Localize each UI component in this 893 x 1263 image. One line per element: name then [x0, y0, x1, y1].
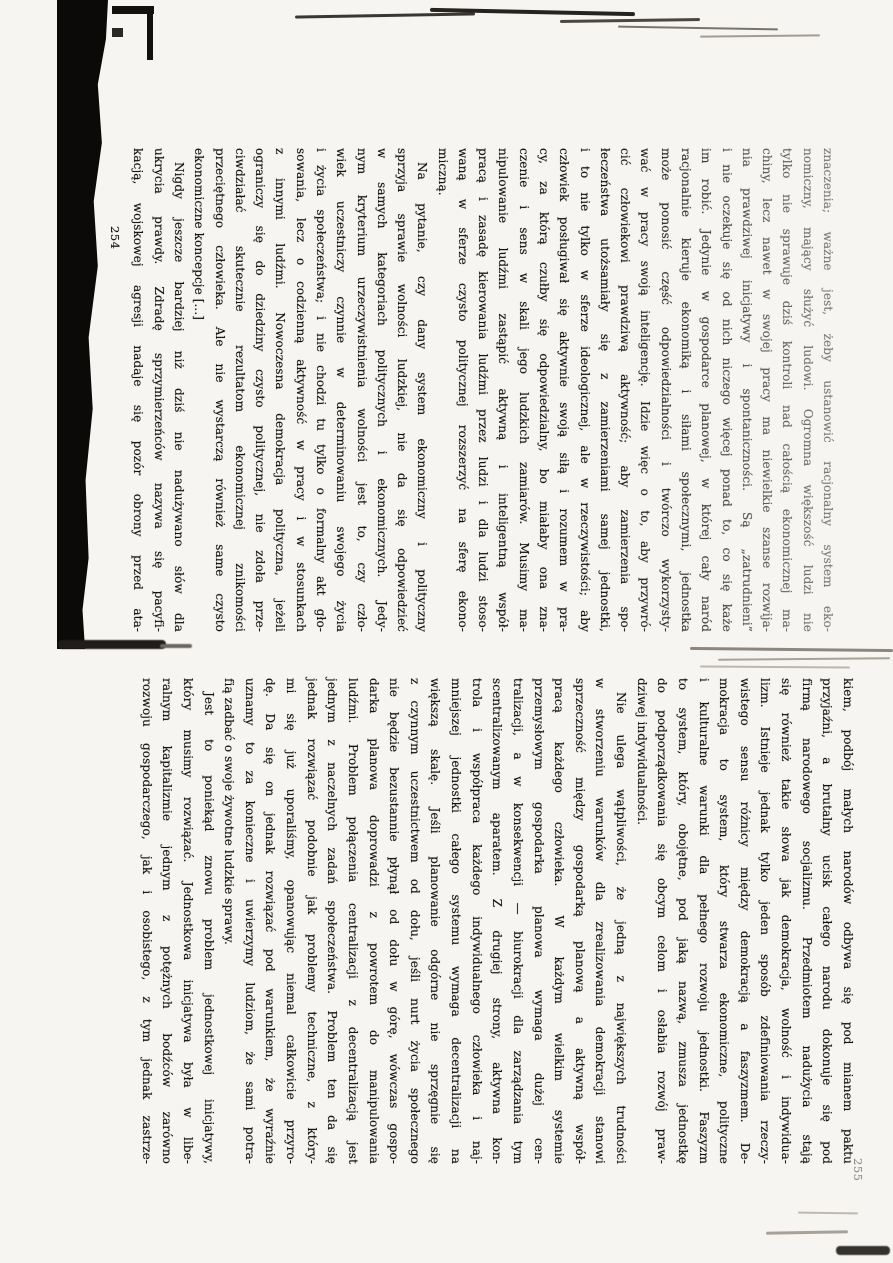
text-line: znaczenia; ważne jest, żeby ustanowić ra… — [818, 148, 838, 632]
text-line: się również takie słowa jak demokracja, … — [776, 678, 797, 1164]
text-line: przemysłowym gospodarka planowa wymaga d… — [528, 678, 549, 1164]
page-number-254-label: 254 — [108, 226, 122, 256]
page-255: kiem, podbój małych narodów odbywa się p… — [136, 678, 858, 1164]
text-line: fią zadbać o swoje żywotne ludzkie spraw… — [219, 678, 240, 1164]
mid-spread-edge-line — [690, 647, 893, 652]
text-line: pracą każdego człowieka. W każdym wielki… — [549, 678, 570, 1164]
text-line: rozwoju gospodarczego, jak i osobistego,… — [136, 678, 157, 1164]
text-line: i to nie tylko w sferze ideologicznej, a… — [574, 148, 594, 632]
corner-mark-vertical — [147, 6, 153, 60]
text-line: wiek uczestniczy czynnie w determinowani… — [331, 148, 351, 632]
text-line: kiem, podbój małych narodów odbywa się p… — [837, 678, 858, 1164]
text-line: scentralizowanym aparatem. Z drugiej str… — [487, 678, 508, 1164]
text-line: z czynnym uczestnictwem od dołu, jeśli n… — [404, 678, 425, 1164]
text-line: mokracja to system, który stwarza ekonom… — [714, 678, 735, 1164]
text-line: wistego sensu różnicy między demokracją … — [734, 678, 755, 1164]
text-line: Nigdy jeszcze bardziej niż dziś nie nadu… — [169, 148, 189, 632]
bottom-edge-wave-line — [798, 1212, 858, 1215]
corner-mark-blob — [112, 28, 123, 37]
text-line: Na pytanie, czy dany system ekonomiczny … — [412, 148, 432, 632]
text-line: darka planowa doprowadzi z powrotem do m… — [363, 678, 384, 1164]
text-line: i nie oczekuje się od nich niczego więce… — [716, 148, 736, 632]
text-line: człowiek posługiwał się aktywnie swoją s… — [554, 148, 574, 632]
scan-edge-smear-small — [160, 644, 192, 648]
text-line: dziwej indywidualności. — [631, 678, 652, 1164]
text-line: jednak rozwiązać podobnie jak problemy t… — [301, 678, 322, 1164]
text-line: ciwdziałać skutecznie rezultatom ekonomi… — [230, 148, 250, 632]
text-line: przyjaźni, a brutalny ucisk całego narod… — [817, 678, 838, 1164]
page-edge-wave-line — [618, 26, 778, 31]
text-line: mniejszej jednostki całego systemu wymag… — [446, 678, 467, 1164]
text-line: cić człowiekowi prawdziwą aktywność; aby… — [615, 148, 635, 632]
text-line: i kulturalne warunki dla pełnego rozwoju… — [693, 678, 714, 1164]
text-line: pracą i zasadę kierowania ludźmi przez l… — [473, 148, 493, 632]
page-255-text-block: kiem, podbój małych narodów odbywa się p… — [136, 678, 858, 1164]
text-line: jednym z naczelnych zadań społeczeństwa.… — [322, 678, 343, 1164]
page-254: znaczenia; ważne jest, żeby ustanowić ra… — [128, 148, 838, 632]
text-line: do podporządkowania się obcym celom i os… — [652, 678, 673, 1164]
text-line: to system, który, obojętne, pod jaką naz… — [672, 678, 693, 1164]
text-line: tylko nie sprawuje dziś kontroli nad cał… — [777, 148, 797, 632]
page-254-text-block: znaczenia; ważne jest, żeby ustanowić ra… — [128, 148, 838, 632]
text-line: racjonalnie kieruje ekonomiką i siłami s… — [676, 148, 696, 632]
text-line: dę. Da się on jednak rozwiązać pod warun… — [260, 678, 281, 1164]
text-line: ludźmi. Problem połączenia centralizacji… — [342, 678, 363, 1164]
text-line: wać w pracy swoją inteligencję. Idzie wi… — [635, 148, 655, 632]
text-line: chiny, lecz nawet w swojej pracy ma niew… — [757, 148, 777, 632]
scan-edge-smear — [58, 640, 166, 649]
text-line: i życia społeczeństwa; i nie chodzi tu t… — [311, 148, 331, 632]
text-line: Jest to poniekąd znowu problem jednostko… — [198, 678, 219, 1164]
text-line: im robić. Jedynie w gospodarce planowej,… — [696, 148, 716, 632]
bottom-edge-wave-line — [766, 1230, 848, 1234]
text-line: kacją, wojskowej agresji nadaje się pozó… — [128, 148, 148, 632]
text-line: który musimy rozwiązać. Jednostkowa inic… — [177, 678, 198, 1164]
text-line: przeciętnego człowieka. Ale nie wystarcz… — [209, 148, 229, 632]
text-line: mi się już uporaliśmy, opanowując niemal… — [281, 678, 302, 1164]
text-line: nomiczny, mający służyć ludowi. Ogromna … — [797, 148, 817, 632]
text-line: nie będzie bezustannie płynął od dołu w … — [384, 678, 405, 1164]
text-line: większą skalę. Jeśli planowanie odgórne … — [425, 678, 446, 1164]
text-line: sprzeczność między gospodarką planową a … — [569, 678, 590, 1164]
text-line: tralizacji, a w konsekwencji — biurokrac… — [507, 678, 528, 1164]
text-line: ekonomiczne koncepcje [...] — [189, 148, 209, 632]
text-line: ograniczy się do dziedziny czysto polity… — [250, 148, 270, 632]
text-line: trola i współpraca każdego indywidualneg… — [466, 678, 487, 1164]
text-line: w samych kategoriach politycznych i ekon… — [372, 148, 392, 632]
text-line: Nie ulega wątpliwości, że jedną z najwię… — [611, 678, 632, 1164]
mid-spread-edge-line — [700, 665, 850, 668]
bottom-edge-smudge — [836, 1246, 890, 1255]
text-line: lizm. Istnieje jednak tylko jeden sposób… — [755, 678, 776, 1164]
text-line: może ponosić część odpowiedzialności i t… — [655, 148, 675, 632]
text-line: ralnym kapitalizmie jednym z potężnych b… — [157, 678, 178, 1164]
text-line: sowania, lecz o codzienną aktywność w pr… — [290, 148, 310, 632]
page-number-254: 254 — [106, 226, 122, 256]
page-edge-wave-line — [560, 18, 700, 23]
text-line: waną w sferze czysto politycznej rozszer… — [453, 148, 473, 632]
scan-edge-black-bar — [57, 0, 108, 649]
text-line: nipulowanie ludźmi zastąpić aktywną i in… — [493, 148, 513, 632]
page-edge-wave-line — [700, 34, 820, 37]
text-line: nia prawdziwej inicjatywy i spontaniczno… — [737, 148, 757, 632]
page-number-255: 255 — [851, 1158, 865, 1186]
text-line: nym kryterium urzeczywistnienia wolności… — [351, 148, 371, 632]
text-line: w stworzeniu warunków dla zrealizowania … — [590, 678, 611, 1164]
text-line: cy, za którą czułby się odpowiedzialny, … — [534, 148, 554, 632]
page-number-255-label: 255 — [851, 1158, 865, 1186]
text-line: łeczeństwa utożsamiały się z zamierzenia… — [595, 148, 615, 632]
scanned-spread: znaczenia; ważne jest, żeby ustanowić ra… — [0, 0, 893, 1263]
text-line: ukrycia prawdy. Zdradę sprzymierzeńców n… — [148, 148, 168, 632]
text-line: miczną. — [432, 148, 452, 632]
page-edge-wave-line — [295, 12, 475, 18]
text-line: sprzyja sprawie wolności ludzkiej, nie d… — [392, 148, 412, 632]
text-line: czenie i sens w skali jego ludzkich zami… — [514, 148, 534, 632]
mid-spread-edge-line — [718, 657, 890, 661]
text-line: uznamy to za konieczne i uwierzymy ludzi… — [239, 678, 260, 1164]
text-line: firmą narodowego socjalizmu. Przedmiotem… — [796, 678, 817, 1164]
text-line: z innymi ludźmi. Nowoczesna demokracja p… — [270, 148, 290, 632]
